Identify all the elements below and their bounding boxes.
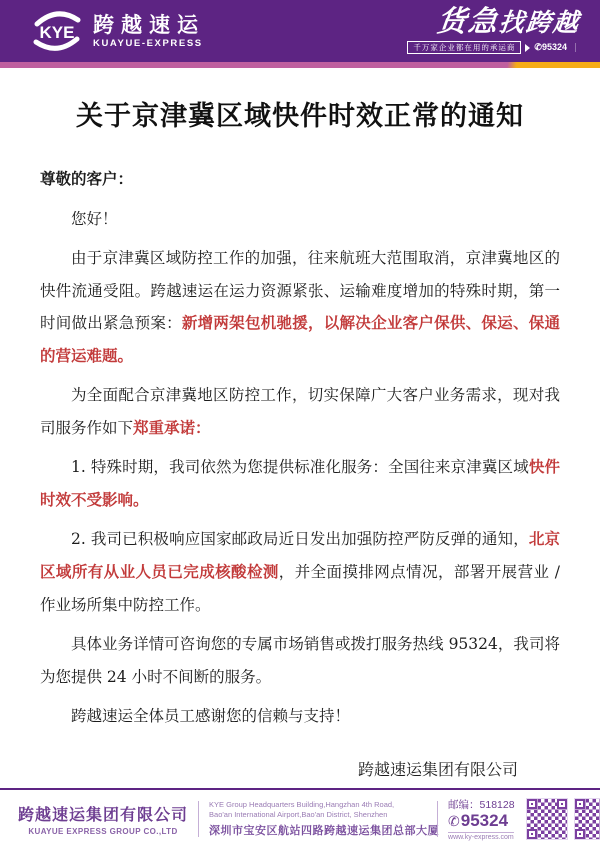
signature-company: 跨越速运集团有限公司 xyxy=(40,752,518,789)
footer-address: KYE Group Headquarters Building,Hangzhan… xyxy=(209,800,427,838)
brand-logo: KYE 跨越速运 KUAYUE-EXPRESS xyxy=(30,9,205,53)
notice-title: 关于京津冀区域快件时效正常的通知 xyxy=(40,94,560,133)
notice-body: 尊敬的客户：您好！由于京津冀区域防控工作的加强，往来航班大范围取消，京津冀地区的… xyxy=(40,163,560,733)
header-slogan-block: 货急找跨越 千万家企业都在用的承运商 ✆95324 ｜ xyxy=(407,8,586,55)
kye-logo-arcs: KYE xyxy=(30,9,84,53)
slogan-rest: 找跨越 xyxy=(497,9,581,37)
notice-document: 关于京津冀区域快件时效正常的通知 尊敬的客户：您好！由于京津冀区域防控工作的加强… xyxy=(0,68,600,825)
highlight-text: 郑重承诺： xyxy=(133,418,211,437)
notice-paragraph: 尊敬的客户： xyxy=(40,163,560,196)
brand-name-en: KUAYUE-EXPRESS xyxy=(93,38,205,49)
kye-logo-text: KYE xyxy=(40,23,75,42)
brand-names: 跨越速运 KUAYUE-EXPRESS xyxy=(93,14,205,49)
qr-code-icon xyxy=(527,799,567,839)
notice-paragraph: 跨越速运全体员工感谢您的信赖与支持！ xyxy=(40,700,560,733)
footer-address-cn: 深圳市宝安区航站四路跨越速运集团总部大厦 xyxy=(209,822,427,838)
footer-hotline: ✆ 95324 xyxy=(448,812,508,831)
body-text: 为全面配合京津冀地区防控工作，切实保障广大客户业务需求，现对我司服务作如下 xyxy=(40,386,560,437)
notice-paragraph: 1. 特殊时期，我司依然为您提供标准化服务：全国往来京津冀区域快件时效不受影响。 xyxy=(40,451,560,516)
footer-company-cn: 跨越速运集团有限公司 xyxy=(18,802,188,825)
brand-name-cn: 跨越速运 xyxy=(93,14,205,35)
body-text: 您好！ xyxy=(71,210,118,228)
header-subslogan: 千万家企业都在用的承运商 ✆95324 ｜ xyxy=(407,41,580,55)
notice-paragraph: 2. 我司已积极响应国家邮政局近日发出加强防控严防反弹的通知，北京区域所有从业人… xyxy=(40,523,560,621)
slogan-emphasis: 货急 xyxy=(435,6,500,38)
qr-finder-icon xyxy=(557,799,567,809)
body-text: 跨越速运全体员工感谢您的信赖与支持！ xyxy=(71,707,350,725)
qr-finder-icon xyxy=(527,829,537,839)
hotline-number: ✆95324 xyxy=(534,42,567,53)
body-text: 尊敬的客户： xyxy=(40,169,133,188)
footer-bar: 跨越速运集团有限公司 KUAYUE EXPRESS GROUP CO.,LTD … xyxy=(0,788,600,848)
footer-address-en-line1: KYE Group Headquarters Building,Hangzhan… xyxy=(209,800,427,810)
phone-icon: ✆ xyxy=(448,814,460,829)
footer-postcode: 邮编：518128 xyxy=(448,797,515,812)
body-text: 具体业务详情可咨询您的专属市场销售或拨打服务热线 95324，我司将为您提供 2… xyxy=(40,635,560,686)
subslogan-divider: ｜ xyxy=(571,41,580,54)
arrow-right-icon xyxy=(525,44,530,52)
footer-divider xyxy=(437,801,438,837)
footer-qr-codes xyxy=(527,799,600,839)
footer-contact: 邮编：518128 ✆ 95324 www.ky-express.com xyxy=(448,797,515,841)
qr-finder-icon xyxy=(527,799,537,809)
notice-paragraph: 具体业务详情可咨询您的专属市场销售或拨打服务热线 95324，我司将为您提供 2… xyxy=(40,628,560,693)
qr-code-icon xyxy=(575,799,600,839)
qr-finder-icon xyxy=(575,829,585,839)
kye-logo-icon: KYE xyxy=(30,9,84,53)
notice-paragraph: 由于京津冀区域防控工作的加强，往来航班大范围取消，京津冀地区的快件流通受阻。跨越… xyxy=(40,242,560,372)
body-text: 1. 特殊时期，我司依然为您提供标准化服务：全国往来京津冀区域 xyxy=(71,458,529,476)
notice-paragraph: 为全面配合京津冀地区防控工作，切实保障广大客户业务需求，现对我司服务作如下郑重承… xyxy=(40,379,560,444)
subslogan-label: 千万家企业都在用的承运商 xyxy=(407,41,521,55)
footer-website: www.ky-express.com xyxy=(448,832,514,841)
header-bar: KYE 跨越速运 KUAYUE-EXPRESS 货急找跨越 千万家企业都在用的承… xyxy=(0,0,600,62)
qr-finder-icon xyxy=(575,799,585,809)
footer-hotline-number: 95324 xyxy=(461,812,508,831)
footer-address-en-line2: Bao'an International Airport,Bao'an Dist… xyxy=(209,810,427,820)
footer-company: 跨越速运集团有限公司 KUAYUE EXPRESS GROUP CO.,LTD xyxy=(18,802,188,836)
footer-divider xyxy=(198,801,199,837)
header-slogan: 货急找跨越 xyxy=(435,8,581,37)
body-text: 2. 我司已积极响应国家邮政局近日发出加强防控严防反弹的通知， xyxy=(71,530,529,548)
footer-company-en: KUAYUE EXPRESS GROUP CO.,LTD xyxy=(28,827,177,836)
notice-paragraph: 您好！ xyxy=(40,203,560,236)
